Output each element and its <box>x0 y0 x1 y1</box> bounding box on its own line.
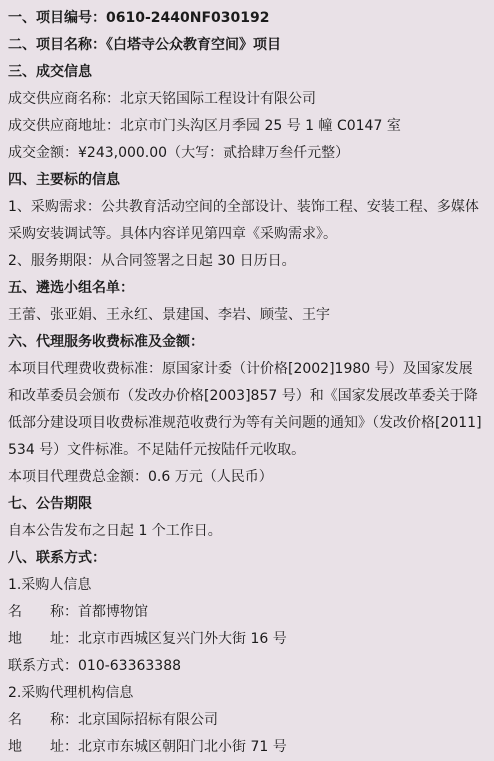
paragraph-service-period: 2、服务期限：从合同签署之日起 30 日历日。 <box>8 248 486 275</box>
paragraph-supplier-address: 成交供应商地址：北京市门头沟区月季园 25 号 1 幢 C0147 室 <box>8 113 486 140</box>
announcement-document: 一、项目编号：0610-2440NF030192 二、项目名称：《白塔寺公众教育… <box>8 5 486 761</box>
paragraph-fee-total: 本项目代理费总金额：0.6 万元（人民币） <box>8 464 486 491</box>
paragraph-announcement-period: 自本公告发布之日起 1 个工作日。 <box>8 518 486 545</box>
paragraph-agency-name: 名 称：北京国际招标有限公司 <box>8 707 486 734</box>
paragraph-award-amount: 成交金额：¥243,000.00（大写：贰拾肆万叁仟元整） <box>8 140 486 167</box>
section-heading-project-name: 二、项目名称：《白塔寺公众教育空间》项目 <box>8 32 486 59</box>
paragraph-purchaser-info-label: 1.采购人信息 <box>8 572 486 599</box>
section-heading-subject-info: 四、主要标的信息 <box>8 167 486 194</box>
section-heading-agency-fee: 六、代理服务收费标准及金额： <box>8 329 486 356</box>
paragraph-agency-info-label: 2.采购代理机构信息 <box>8 680 486 707</box>
section-heading-contact-info: 八、联系方式： <box>8 545 486 572</box>
paragraph-panel-members: 王蕾、张亚娟、王永红、景建国、李岩、顾莹、王宇 <box>8 302 486 329</box>
paragraph-procurement-requirements: 1、采购需求：公共教育活动空间的全部设计、装饰工程、安装工程、多媒体采购安装调试… <box>8 194 486 248</box>
paragraph-agency-address: 地 址：北京市东城区朝阳门北小街 71 号 <box>8 734 486 761</box>
paragraph-purchaser-phone: 联系方式：010-63363388 <box>8 653 486 680</box>
section-heading-award-info: 三、成交信息 <box>8 59 486 86</box>
section-heading-selection-panel: 五、遴选小组名单： <box>8 275 486 302</box>
paragraph-supplier-name: 成交供应商名称：北京天铭国际工程设计有限公司 <box>8 86 486 113</box>
section-heading-project-number: 一、项目编号：0610-2440NF030192 <box>8 5 486 32</box>
paragraph-purchaser-address: 地 址：北京市西城区复兴门外大街 16 号 <box>8 626 486 653</box>
paragraph-fee-standard: 本项目代理费收费标准：原国家计委（计价格[2002]1980 号）及国家发展和改… <box>8 356 486 464</box>
paragraph-purchaser-name: 名 称：首都博物馆 <box>8 599 486 626</box>
section-heading-announcement-period: 七、公告期限 <box>8 491 486 518</box>
